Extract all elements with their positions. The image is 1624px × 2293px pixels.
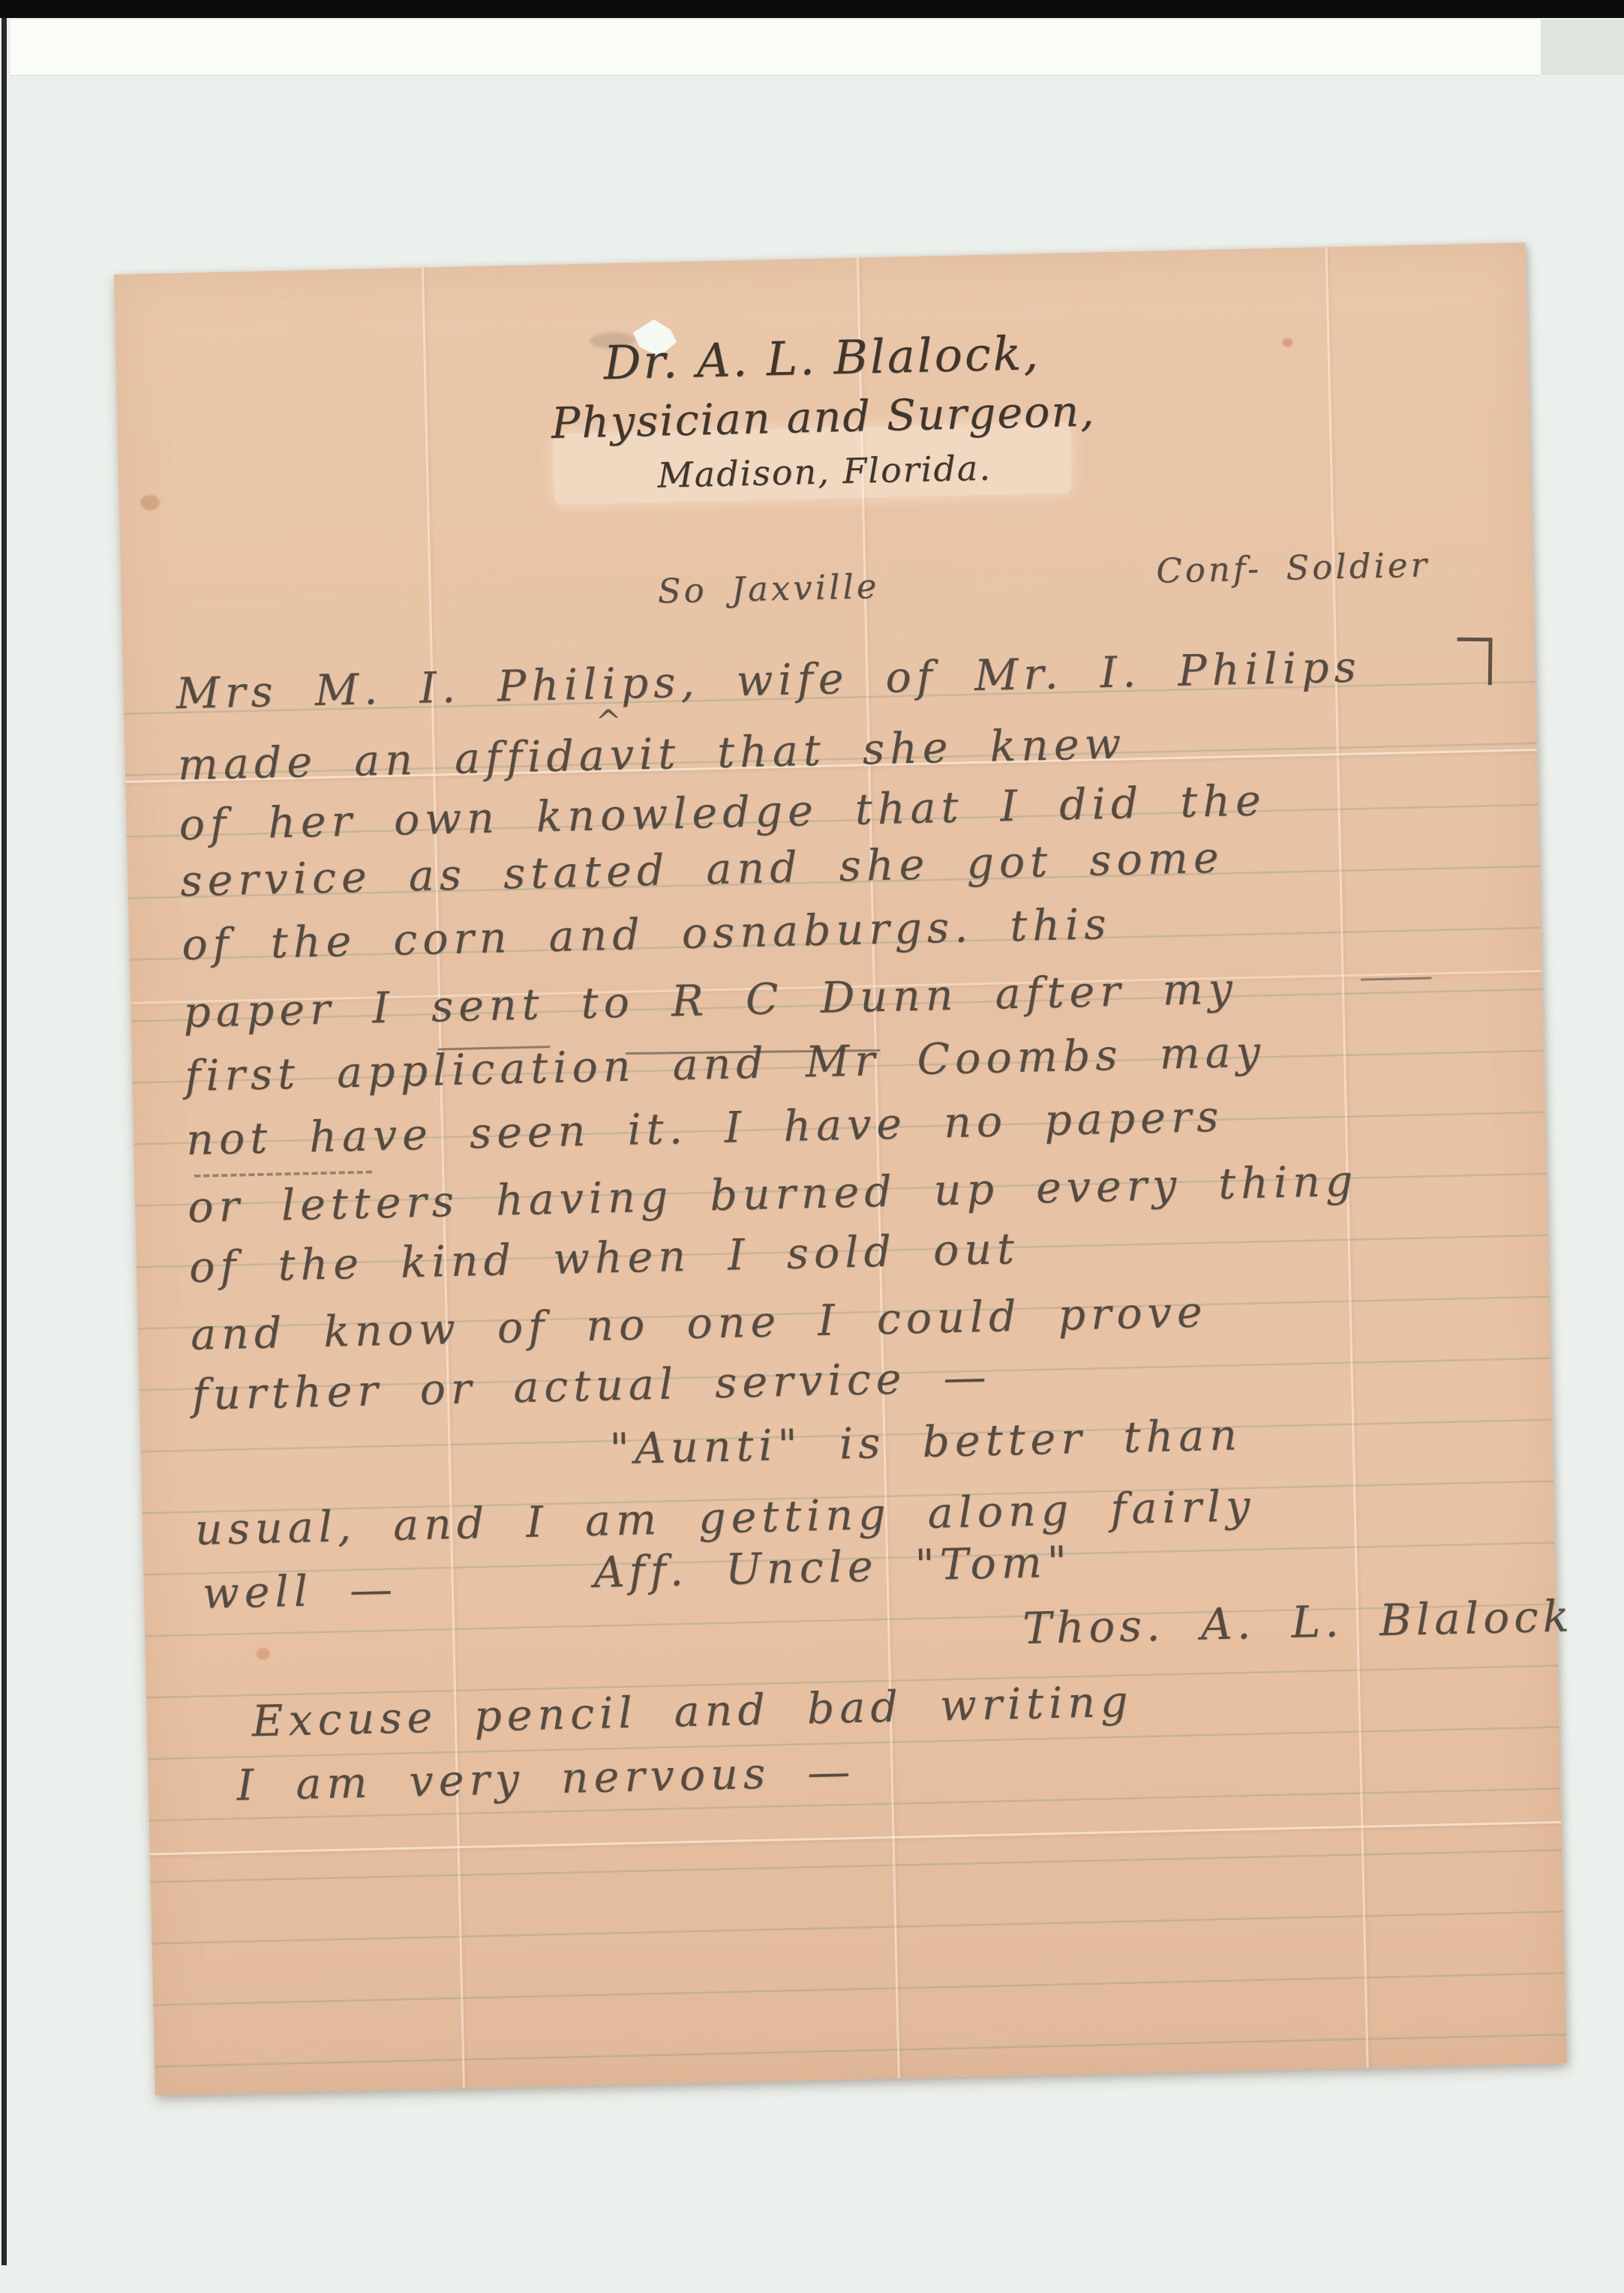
handwritten-line: of the corn and osnaburgs. this: [182, 899, 1112, 970]
handwritten-line: first application and Mr Coombs may: [185, 1027, 1266, 1101]
scanner-left-edge: [2, 18, 7, 2265]
handwritten-line: not have seen it. I have no papers: [185, 1092, 1224, 1165]
handwritten-line: well —: [202, 1565, 398, 1619]
handwritten-line: of the kind when I sold out: [188, 1224, 1019, 1292]
age-spot: [257, 1648, 270, 1660]
scan-gray-band: [1541, 20, 1624, 75]
scan-white-band: [11, 20, 1541, 76]
emphasis-underline: [193, 1170, 373, 1177]
fold-crease-horizontal: [150, 1821, 1562, 1856]
handwritten-line: further or actual service —: [191, 1352, 992, 1420]
handwritten-line: usual, and I am getting along fairly: [194, 1481, 1256, 1555]
margin-insert-mark: [1457, 638, 1493, 686]
heading-subject: Conf- Soldier: [1156, 545, 1430, 590]
postscript-line: I am very nervous —: [236, 1747, 856, 1811]
signature: Thos. A. L. Blalock: [1022, 1590, 1574, 1654]
handwritten-line: made an affidavit that she knew: [177, 719, 1127, 791]
heading-place: So Jaxville: [657, 566, 880, 611]
letter-paper: Dr. A. L. Blalock, Physician and Surgeon…: [114, 242, 1567, 2095]
handwritten-line: Mrs M. I. Philips, wife of Mr. I. Philip…: [176, 642, 1361, 719]
handwritten-line: and know of no one I could prove: [190, 1287, 1208, 1360]
emphasis-underline: [1361, 977, 1432, 980]
scanned-letter-page: Dr. A. L. Blalock, Physician and Surgeon…: [0, 0, 1624, 2293]
handwritten-line: or letters having burned up every thing: [188, 1157, 1358, 1232]
handwritten-line: paper I sent to R C Dunn after my: [183, 964, 1238, 1037]
letterhead: Dr. A. L. Blalock, Physician and Surgeon…: [116, 314, 1530, 508]
insertion-caret: ^: [595, 703, 622, 740]
signoff: Aff. Uncle "Tom": [593, 1537, 1073, 1597]
scanner-edge-strip: [0, 0, 1624, 18]
handwritten-line: "Aunti" is better than: [609, 1410, 1243, 1474]
postscript-line: Excuse pencil and bad writing: [251, 1677, 1133, 1747]
